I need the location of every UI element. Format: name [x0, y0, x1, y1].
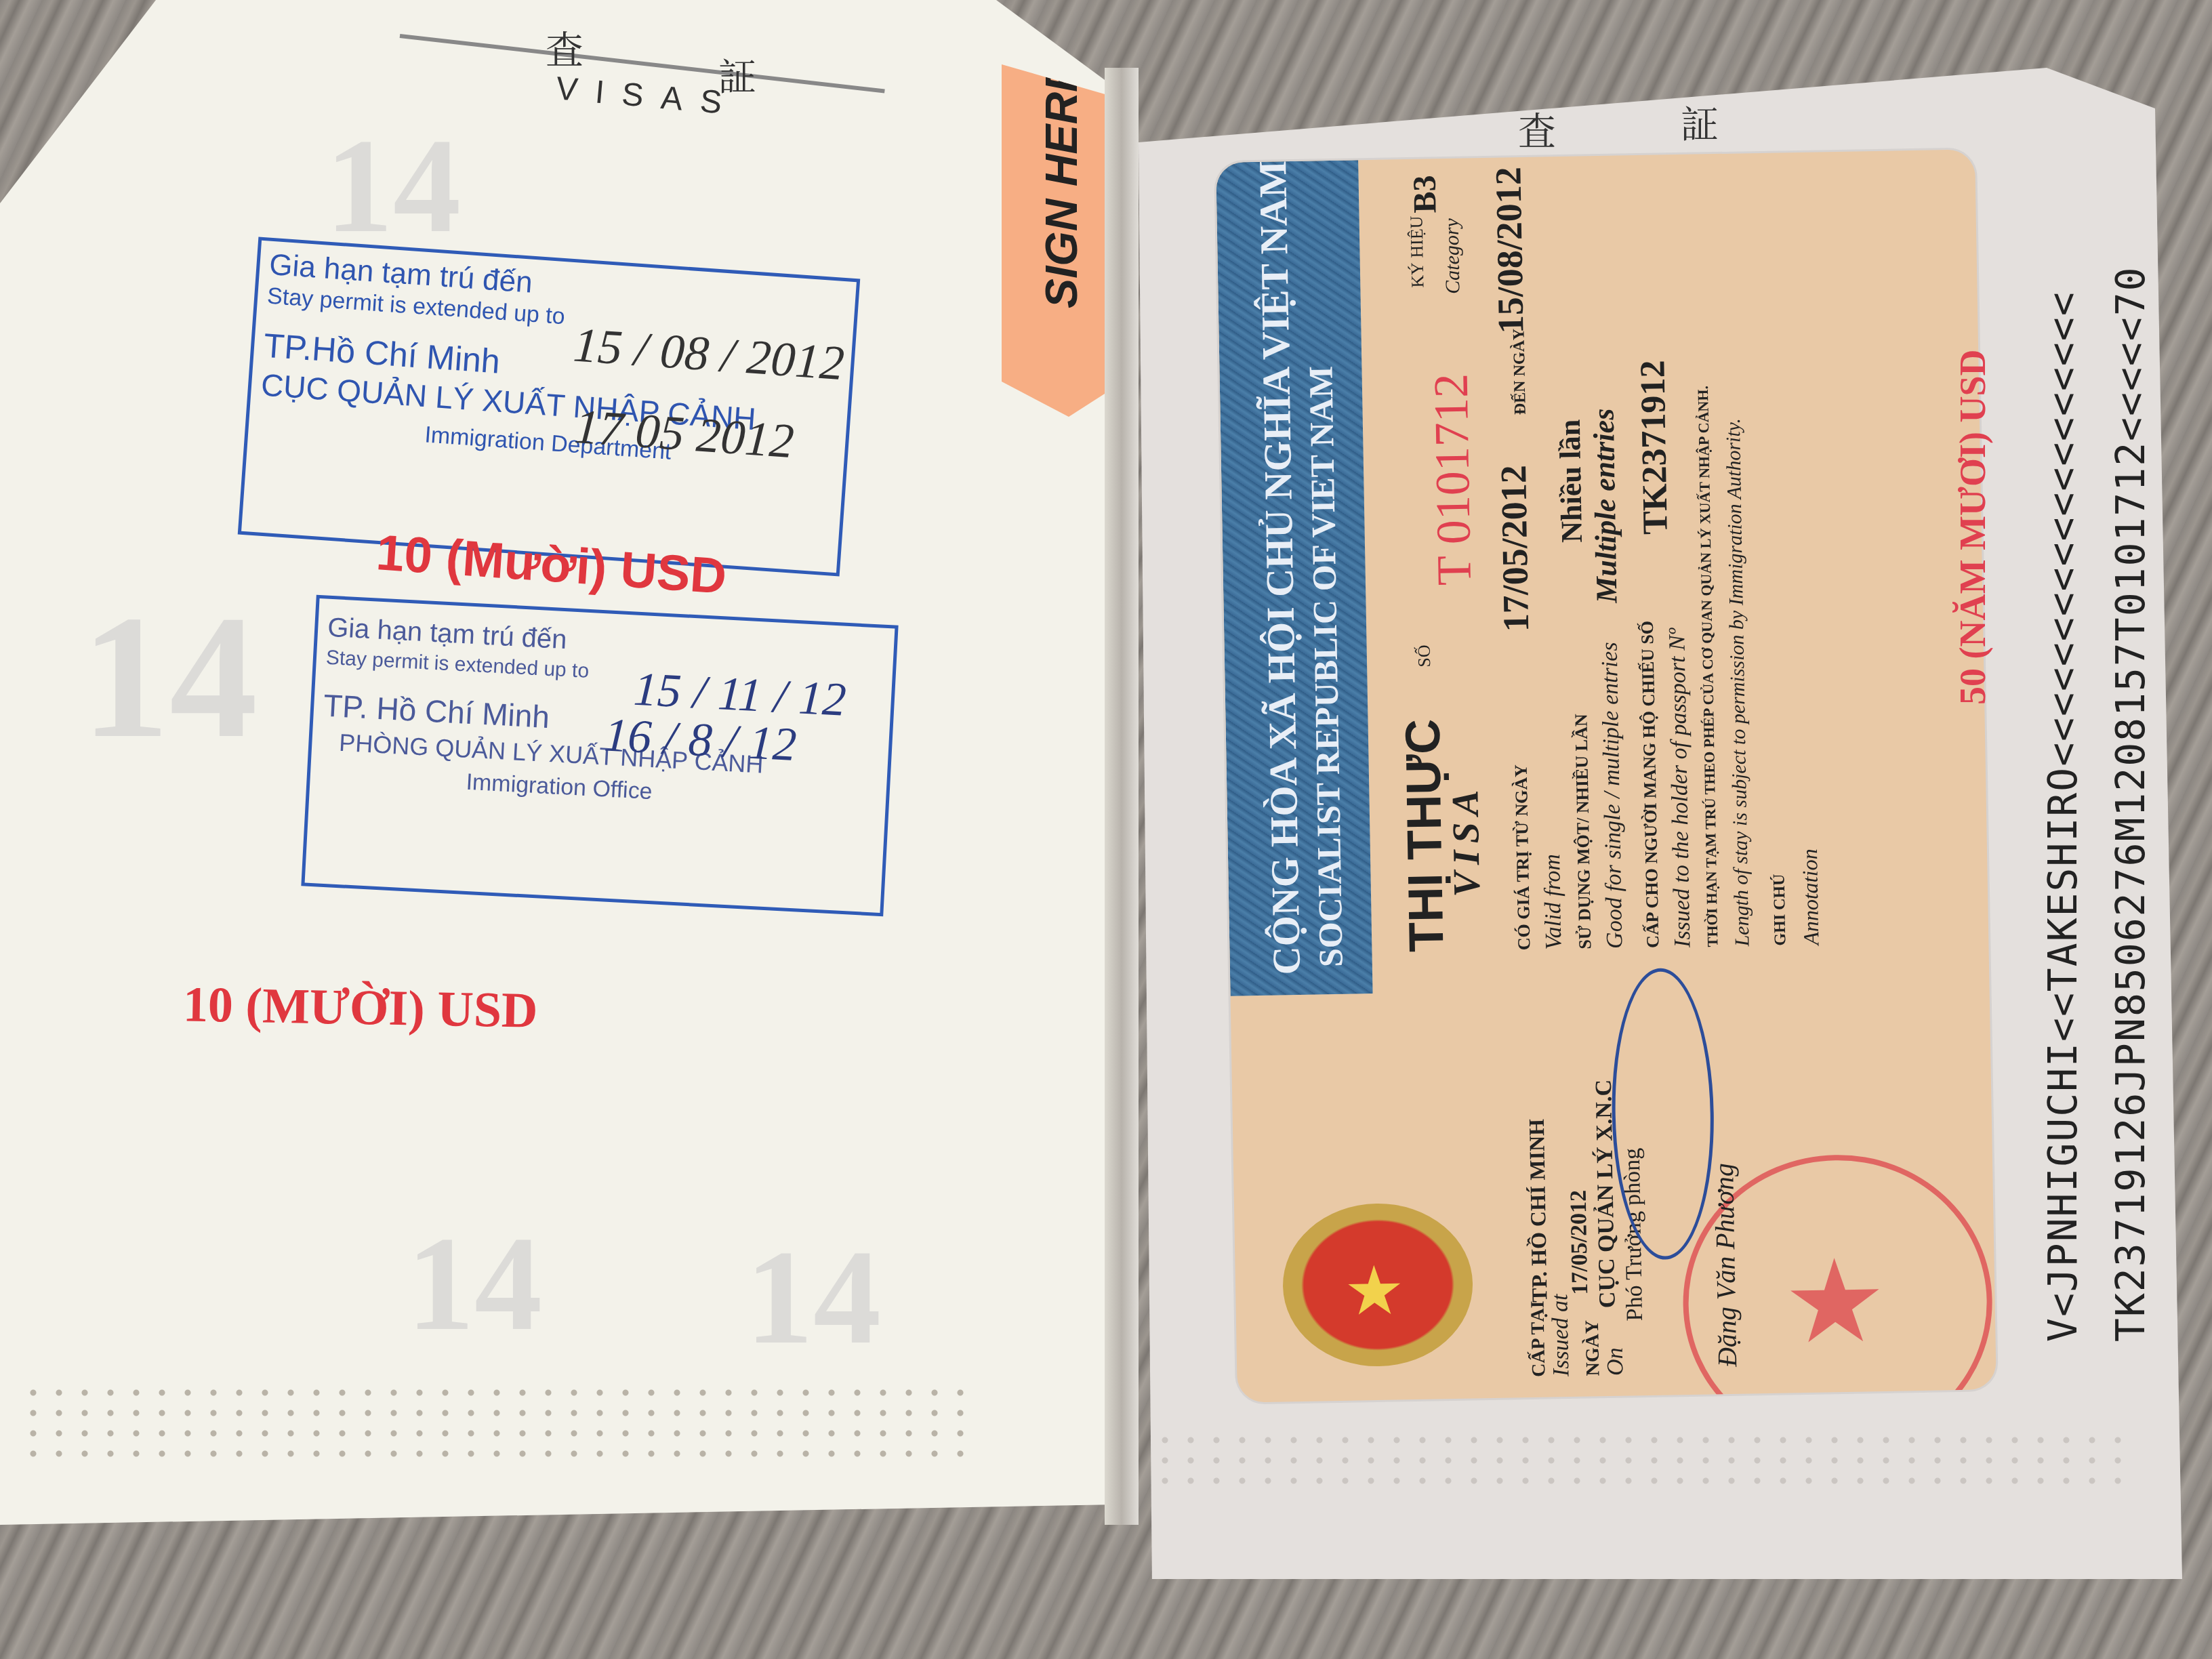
issued-on-date: 17/05/2012 — [1566, 1190, 1594, 1296]
national-emblem-icon: ★ — [1282, 1202, 1474, 1368]
ghost-page-number: 14 — [325, 108, 461, 264]
stay-note-vn: THỜI HẠN TẠM TRÚ THEO PHÉP CỦA CƠ QUAN Q… — [1694, 386, 1721, 947]
annotation-label: GHI CHÚ — [1771, 874, 1790, 945]
star-icon: ★ — [1343, 1250, 1406, 1331]
issued-at: TP. HỒ CHÍ MINH — [1524, 1119, 1553, 1303]
handwritten-extended-date: 15 / 08 / 2012 — [572, 316, 846, 392]
mrz-line-1: V<JPNHIGUCHI<<TAKESHIRO<<<<<<<<<<<<<<<<<… — [2040, 291, 2086, 1342]
perforated-passport-number — [1152, 1430, 2135, 1498]
fee-stamp-2: 10 (MƯỜI) USD — [182, 976, 538, 1040]
vietnam-visa-sticker: CỘNG HÒA XÃ HỘI CHỦ NGHĨA VIỆT NAM SOCIA… — [1216, 149, 1996, 1402]
passport-number: TK2371912 — [1633, 360, 1675, 535]
ghost-page-number: 14 — [745, 1220, 881, 1375]
number-label: SỐ — [1414, 644, 1435, 668]
category-label: KÝ HIỆU — [1407, 216, 1429, 288]
left-passport-page: 14 14 14 14 査 証 VISAS Gia hạn tạm trú đế… — [0, 0, 1118, 1525]
header-cjk-1: 査 — [546, 20, 583, 75]
entries-label-en: Good for single / multiple entries — [1597, 642, 1629, 949]
entries-label: SỬ DỤNG MỘT/ NHIỀU LẦN — [1571, 714, 1595, 949]
until-date: 15/08/2012 — [1487, 167, 1532, 334]
stamp-line-office-en: Immigration Office — [466, 769, 653, 805]
stamp-line-city: TP. Hồ Chí Minh — [323, 687, 550, 735]
visas-heading: VISAS — [554, 70, 741, 123]
passport-gutter — [1105, 68, 1139, 1525]
perforated-passport-number — [20, 1382, 983, 1464]
visa-category: B3 — [1406, 175, 1443, 213]
entries-en: Multiple entries — [1586, 408, 1624, 603]
issued-at-label: CẤP TẠI — [1528, 1300, 1551, 1377]
header-cjk-1: 査 — [1518, 102, 1556, 156]
valid-from-label-en: Valid from — [1540, 854, 1567, 950]
stay-extension-stamp-1: Gia hạn tạm trú đến Stay permit is exten… — [238, 237, 861, 576]
header-cjk-2: 証 — [1681, 95, 1719, 149]
category-label-en: Category — [1441, 218, 1465, 294]
issued-at-label-en: Issued at — [1547, 1294, 1574, 1376]
valid-from-label: CÓ GIÁ TRỊ TỪ NGÀY — [1511, 764, 1535, 950]
stay-note-en: Length of stay is subject to permission … — [1722, 418, 1755, 947]
on-label-en: On — [1603, 1347, 1629, 1376]
officer-name: Đặng Văn Phương — [1708, 1163, 1743, 1368]
ghost-page-number: 14 — [81, 576, 258, 779]
until-label: ĐẾN NGÀY — [1510, 329, 1530, 415]
passport-label-en: Issued to the holder of passport Nº — [1664, 628, 1696, 947]
passport-label: CẤP CHO NGƯỜI MANG HỘ CHIẾU SỐ — [1637, 621, 1663, 948]
visa-fee-stamp: 50 (NĂM MƯƠI) USD — [1952, 350, 1994, 705]
mrz-line-2: TK23719126JPN8506276M1208157T0101712<<<<… — [2108, 266, 2154, 1342]
entries-vn: Nhiều lần — [1553, 419, 1589, 543]
visa-number: T 0101712 — [1423, 373, 1483, 586]
ghost-page-number: 14 — [407, 1206, 542, 1361]
sign-here-label: SIGN HERE — [1036, 62, 1087, 308]
visa-title-en: VISA — [1443, 783, 1489, 897]
on-label: NGÀY — [1582, 1320, 1604, 1376]
annotation-label-en: Annotation — [1797, 848, 1824, 945]
stay-extension-stamp-2: Gia hạn tạm trú đến Stay permit is exten… — [301, 595, 898, 916]
valid-from-date: 17/05/2012 — [1492, 465, 1537, 632]
star-icon: ★ — [1782, 1234, 1888, 1370]
handwritten-issue-date: 16 / 8 / 12 — [602, 708, 798, 773]
